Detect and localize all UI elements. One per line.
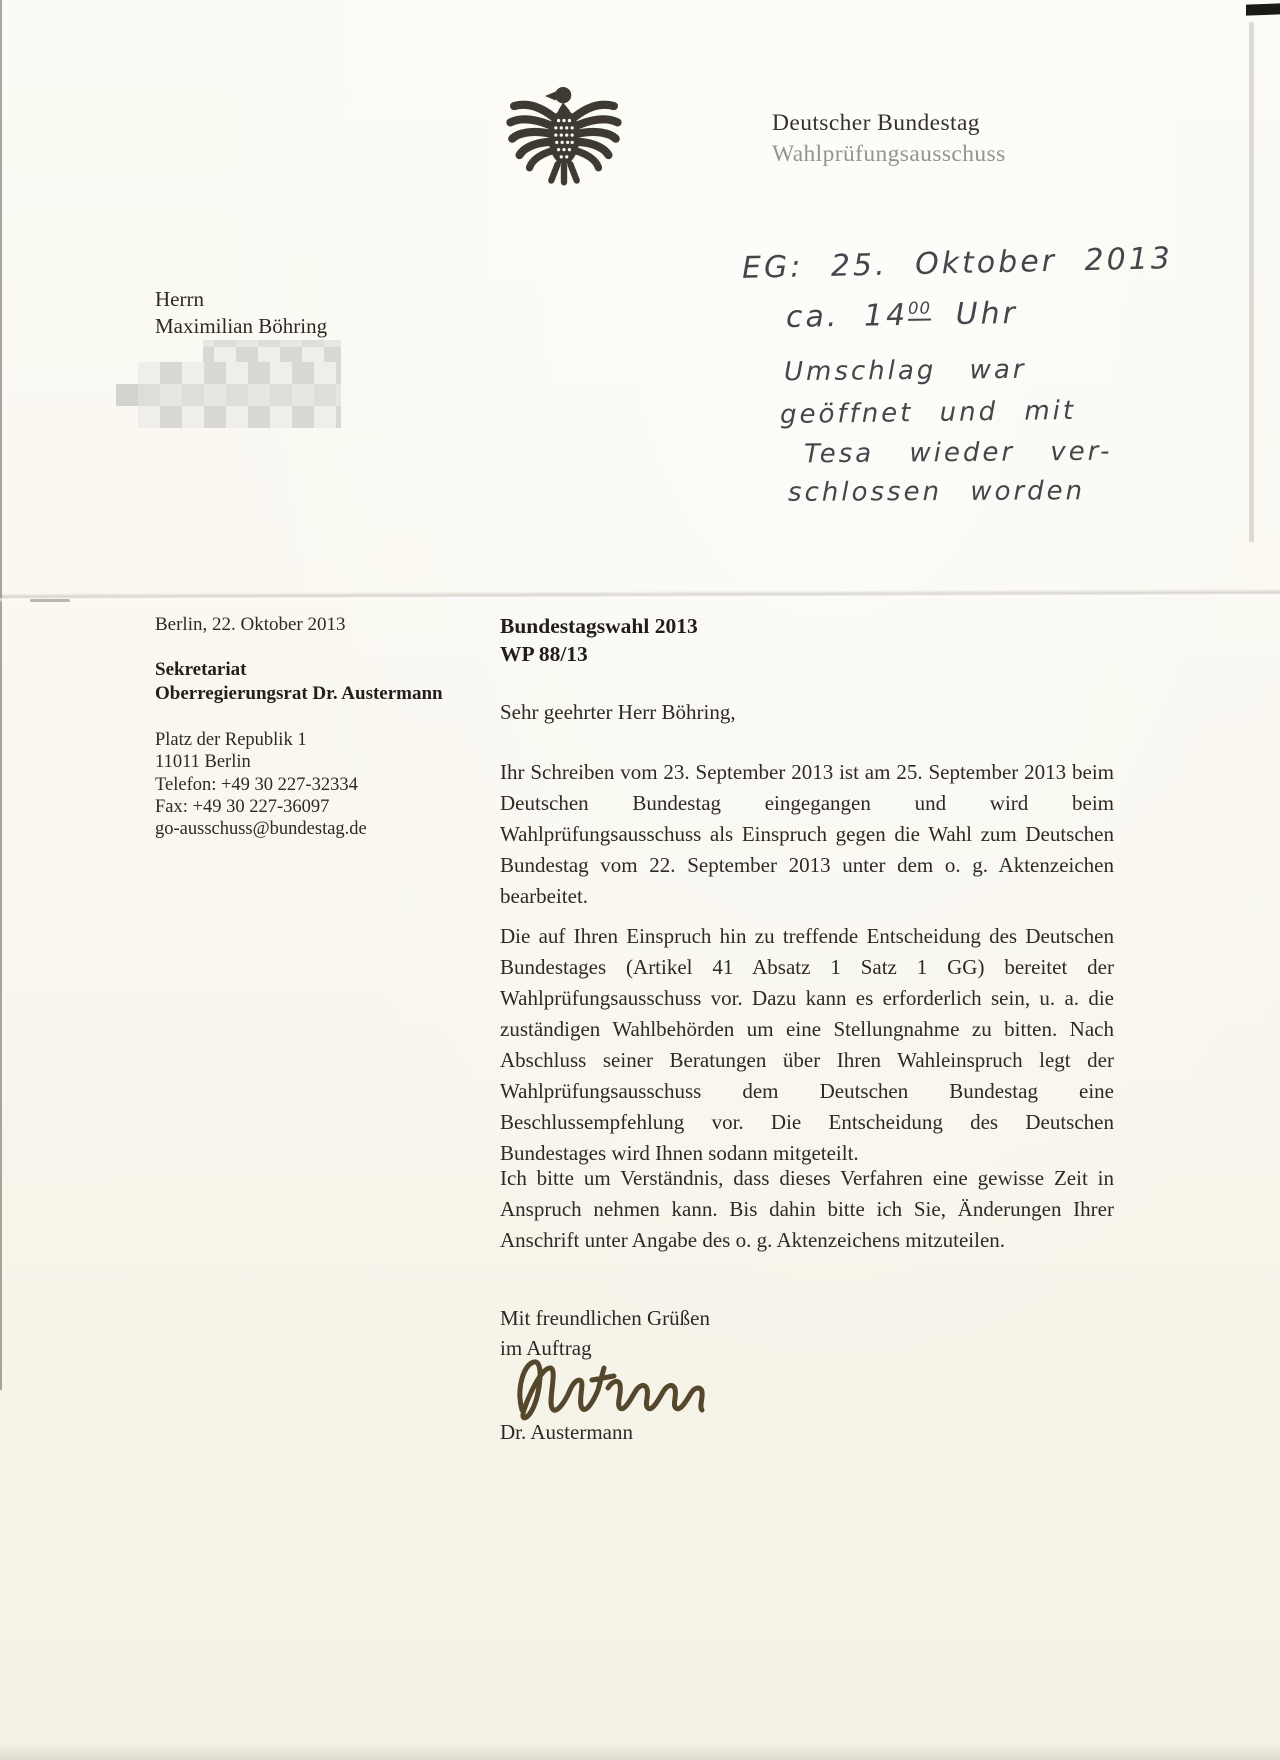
handwritten-receipt-line-6: schlossen worden bbox=[788, 476, 1085, 508]
redacted-address-block bbox=[116, 384, 138, 406]
sender-phone: Telefon: +49 30 227-32334 bbox=[155, 774, 367, 796]
sender-email: go-ausschuss@bundestag.de bbox=[155, 818, 367, 840]
paragraph-2: Die auf Ihren Einspruch hin zu treffende… bbox=[500, 921, 1114, 1169]
subject-block: Bundestagswahl 2013 WP 88/13 bbox=[500, 612, 698, 668]
superscript-minutes: 00 bbox=[908, 298, 931, 320]
sender-postal-city: 11011 Berlin bbox=[155, 751, 367, 773]
sender-contact-block: Platz der Republik 1 11011 Berlin Telefo… bbox=[155, 729, 367, 840]
handwritten-receipt-line-5: Tesa wieder ver- bbox=[804, 437, 1113, 470]
scan-corner-mark bbox=[1246, 3, 1280, 15]
redacted-address-block bbox=[138, 362, 341, 428]
signature-scribble bbox=[512, 1348, 712, 1428]
fold-mark bbox=[30, 599, 70, 602]
letter-salutation: Sehr geehrter Herr Böhring, bbox=[500, 700, 736, 725]
signer-name: Dr. Austermann bbox=[500, 1420, 633, 1445]
handwritten-receipt-line-3: Umschlag war bbox=[784, 355, 1027, 388]
subject-line-1: Bundestagswahl 2013 bbox=[500, 612, 698, 640]
handwritten-receipt-line-2: ca. 1400 Uhr bbox=[786, 296, 1019, 335]
scanned-letter-page: Deutscher Bundestag Wahlprüfungsausschus… bbox=[0, 0, 1280, 1760]
committee-name: Wahlprüfungsausschuss bbox=[772, 139, 1006, 170]
org-name: Deutscher Bundestag bbox=[772, 108, 1006, 139]
recipient-name: Maximilian Böhring bbox=[155, 313, 327, 340]
sender-role: Oberregierungsrat Dr. Austermann bbox=[155, 682, 443, 706]
closing-regards: Mit freundlichen Grüßen bbox=[500, 1303, 710, 1333]
recipient-salutation: Herrn bbox=[155, 286, 327, 313]
redacted-address-block bbox=[203, 340, 341, 362]
paragraph-3: Ich bitte um Verständnis, dass dieses Ve… bbox=[500, 1163, 1114, 1256]
sender-street: Platz der Republik 1 bbox=[155, 729, 367, 751]
city-date-line: Berlin, 22. Oktober 2013 bbox=[155, 614, 346, 636]
scan-bottom-shadow bbox=[0, 1744, 1280, 1760]
sender-department: Sekretariat bbox=[155, 658, 443, 682]
recipient-address-block: Herrn Maximilian Böhring bbox=[155, 286, 327, 340]
scan-edge-right bbox=[1249, 22, 1254, 542]
scan-edge-left bbox=[0, 0, 2, 1390]
subject-line-2: WP 88/13 bbox=[500, 640, 698, 668]
bundestag-eagle-icon bbox=[505, 80, 623, 192]
paragraph-1: Ihr Schreiben vom 23. September 2013 ist… bbox=[500, 757, 1114, 912]
sender-fax: Fax: +49 30 227-36097 bbox=[155, 796, 367, 818]
handwritten-receipt-line-4: geöffnet und mit bbox=[780, 396, 1077, 430]
paper-crease-line bbox=[0, 589, 1280, 602]
handwritten-receipt-line-1: EG: 25. Oktober 2013 bbox=[742, 241, 1174, 286]
sender-department-block: Sekretariat Oberregierungsrat Dr. Auster… bbox=[155, 658, 443, 705]
